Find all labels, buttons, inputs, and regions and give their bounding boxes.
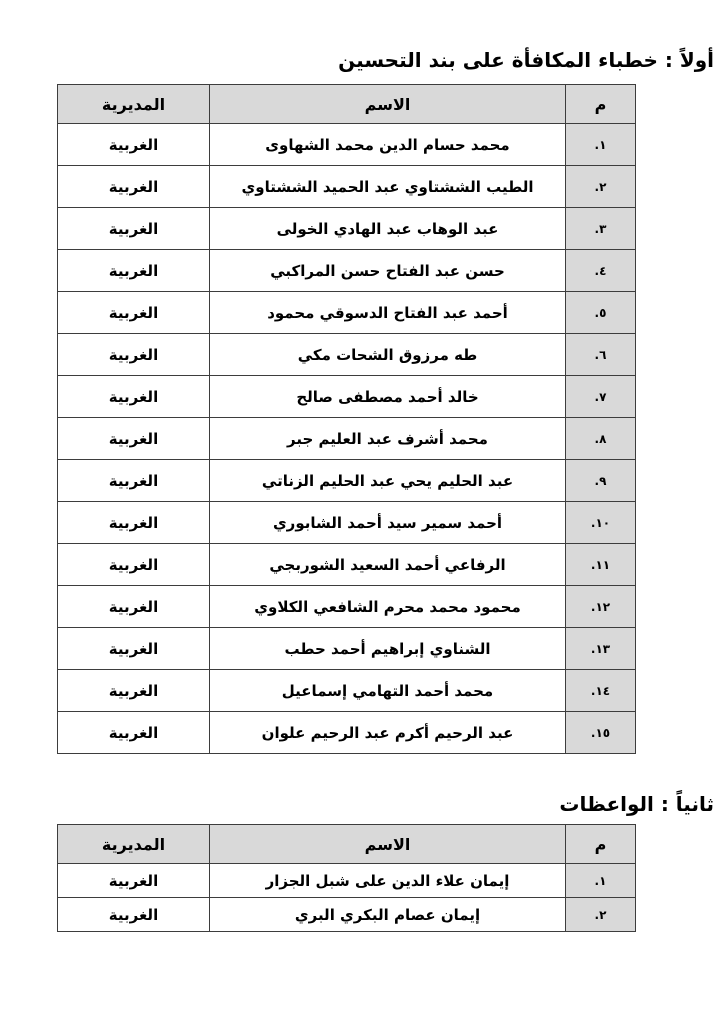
- reward-preachers-table: م الاسم المديرية ١. محمد حسام الدين محمد…: [57, 84, 636, 754]
- row-name-cell: الطيب الششتاوي عبد الحميد الششتاوي: [210, 166, 566, 208]
- row-number-cell: ١٤.: [566, 670, 636, 712]
- table-row: ١١. الرفاعي أحمد السعيد الشوربجي الغربية: [58, 544, 636, 586]
- row-number-cell: ٤.: [566, 250, 636, 292]
- row-name-cell: عبد الحليم يحي عبد الحليم الزناتي: [210, 460, 566, 502]
- row-name-cell: خالد أحمد مصطفى صالح: [210, 376, 566, 418]
- row-name-cell: محمود محمد محرم الشافعي الكلاوي: [210, 586, 566, 628]
- row-name-cell: إيمان علاء الدين على شبل الجزار: [210, 864, 566, 898]
- row-number-cell: ١.: [566, 864, 636, 898]
- row-name-cell: محمد حسام الدين محمد الشهاوى: [210, 124, 566, 166]
- row-directorate-cell: الغربية: [58, 864, 210, 898]
- row-directorate-cell: الغربية: [58, 460, 210, 502]
- table-row: ٢. إيمان عصام البكري البري الغربية: [58, 898, 636, 932]
- column-header-directorate: المديرية: [58, 825, 210, 864]
- row-directorate-cell: الغربية: [58, 376, 210, 418]
- table-row: ٤. حسن عبد الفتاح حسن المراكبي الغربية: [58, 250, 636, 292]
- row-directorate-cell: الغربية: [58, 208, 210, 250]
- row-number-cell: ٩.: [566, 460, 636, 502]
- row-number-cell: ٣.: [566, 208, 636, 250]
- row-name-cell: أحمد عبد الفتاح الدسوقي محمود: [210, 292, 566, 334]
- table-row: ٣. عبد الوهاب عبد الهادي الخولى الغربية: [58, 208, 636, 250]
- row-directorate-cell: الغربية: [58, 586, 210, 628]
- column-header-directorate: المديرية: [58, 85, 210, 124]
- table-row: ١٣. الشناوي إبراهيم أحمد حطب الغربية: [58, 628, 636, 670]
- row-directorate-cell: الغربية: [58, 418, 210, 460]
- row-number-cell: ٧.: [566, 376, 636, 418]
- female-preachers-table: م الاسم المديرية ١. إيمان علاء الدين على…: [57, 824, 636, 932]
- row-number-cell: ١٥.: [566, 712, 636, 754]
- table-row: ١٢. محمود محمد محرم الشافعي الكلاوي الغر…: [58, 586, 636, 628]
- row-name-cell: عبد الرحيم أكرم عبد الرحيم علوان: [210, 712, 566, 754]
- table-row: ٨. محمد أشرف عبد العليم جبر الغربية: [58, 418, 636, 460]
- row-name-cell: محمد أشرف عبد العليم جبر: [210, 418, 566, 460]
- row-number-cell: ٢.: [566, 166, 636, 208]
- row-directorate-cell: الغربية: [58, 712, 210, 754]
- table-row: ٢. الطيب الششتاوي عبد الحميد الششتاوي ال…: [58, 166, 636, 208]
- row-number-cell: ١٢.: [566, 586, 636, 628]
- row-number-cell: ٨.: [566, 418, 636, 460]
- row-directorate-cell: الغربية: [58, 898, 210, 932]
- row-name-cell: عبد الوهاب عبد الهادي الخولى: [210, 208, 566, 250]
- row-number-cell: ٢.: [566, 898, 636, 932]
- row-name-cell: حسن عبد الفتاح حسن المراكبي: [210, 250, 566, 292]
- row-number-cell: ١٣.: [566, 628, 636, 670]
- row-number-cell: ٥.: [566, 292, 636, 334]
- row-directorate-cell: الغربية: [58, 628, 210, 670]
- row-directorate-cell: الغربية: [58, 502, 210, 544]
- row-number-cell: ١٠.: [566, 502, 636, 544]
- table-row: ٥. أحمد عبد الفتاح الدسوقي محمود الغربية: [58, 292, 636, 334]
- row-number-cell: ٦.: [566, 334, 636, 376]
- row-name-cell: طه مرزوق الشحات مكي: [210, 334, 566, 376]
- table-row: ٩. عبد الحليم يحي عبد الحليم الزناتي الغ…: [58, 460, 636, 502]
- table-row: ٦. طه مرزوق الشحات مكي الغربية: [58, 334, 636, 376]
- column-header-name: الاسم: [210, 85, 566, 124]
- table-row: ١٠. أحمد سمير سيد أحمد الشابوري الغربية: [58, 502, 636, 544]
- column-header-number: م: [566, 85, 636, 124]
- row-number-cell: ١١.: [566, 544, 636, 586]
- column-header-number: م: [566, 825, 636, 864]
- row-name-cell: الشناوي إبراهيم أحمد حطب: [210, 628, 566, 670]
- document-page: { "colors": { "page_background": "#fffff…: [0, 0, 724, 1024]
- table-header-row: م الاسم المديرية: [58, 825, 636, 864]
- row-directorate-cell: الغربية: [58, 292, 210, 334]
- row-directorate-cell: الغربية: [58, 334, 210, 376]
- table-row: ٧. خالد أحمد مصطفى صالح الغربية: [58, 376, 636, 418]
- table-row: ١٤. محمد أحمد التهامي إسماعيل الغربية: [58, 670, 636, 712]
- table-row: ١. إيمان علاء الدين على شبل الجزار الغرب…: [58, 864, 636, 898]
- row-directorate-cell: الغربية: [58, 250, 210, 292]
- row-name-cell: أحمد سمير سيد أحمد الشابوري: [210, 502, 566, 544]
- row-name-cell: الرفاعي أحمد السعيد الشوربجي: [210, 544, 566, 586]
- table-header-row: م الاسم المديرية: [58, 85, 636, 124]
- row-name-cell: محمد أحمد التهامي إسماعيل: [210, 670, 566, 712]
- row-directorate-cell: الغربية: [58, 670, 210, 712]
- table-row: ١. محمد حسام الدين محمد الشهاوى الغربية: [58, 124, 636, 166]
- row-directorate-cell: الغربية: [58, 124, 210, 166]
- row-directorate-cell: الغربية: [58, 166, 210, 208]
- section2-heading: ثانياً : الواعظات: [559, 792, 714, 816]
- row-directorate-cell: الغربية: [58, 544, 210, 586]
- table-row: ١٥. عبد الرحيم أكرم عبد الرحيم علوان الغ…: [58, 712, 636, 754]
- row-name-cell: إيمان عصام البكري البري: [210, 898, 566, 932]
- column-header-name: الاسم: [210, 825, 566, 864]
- row-number-cell: ١.: [566, 124, 636, 166]
- section1-heading: أولاً : خطباء المكافأة على بند التحسين: [338, 48, 714, 72]
